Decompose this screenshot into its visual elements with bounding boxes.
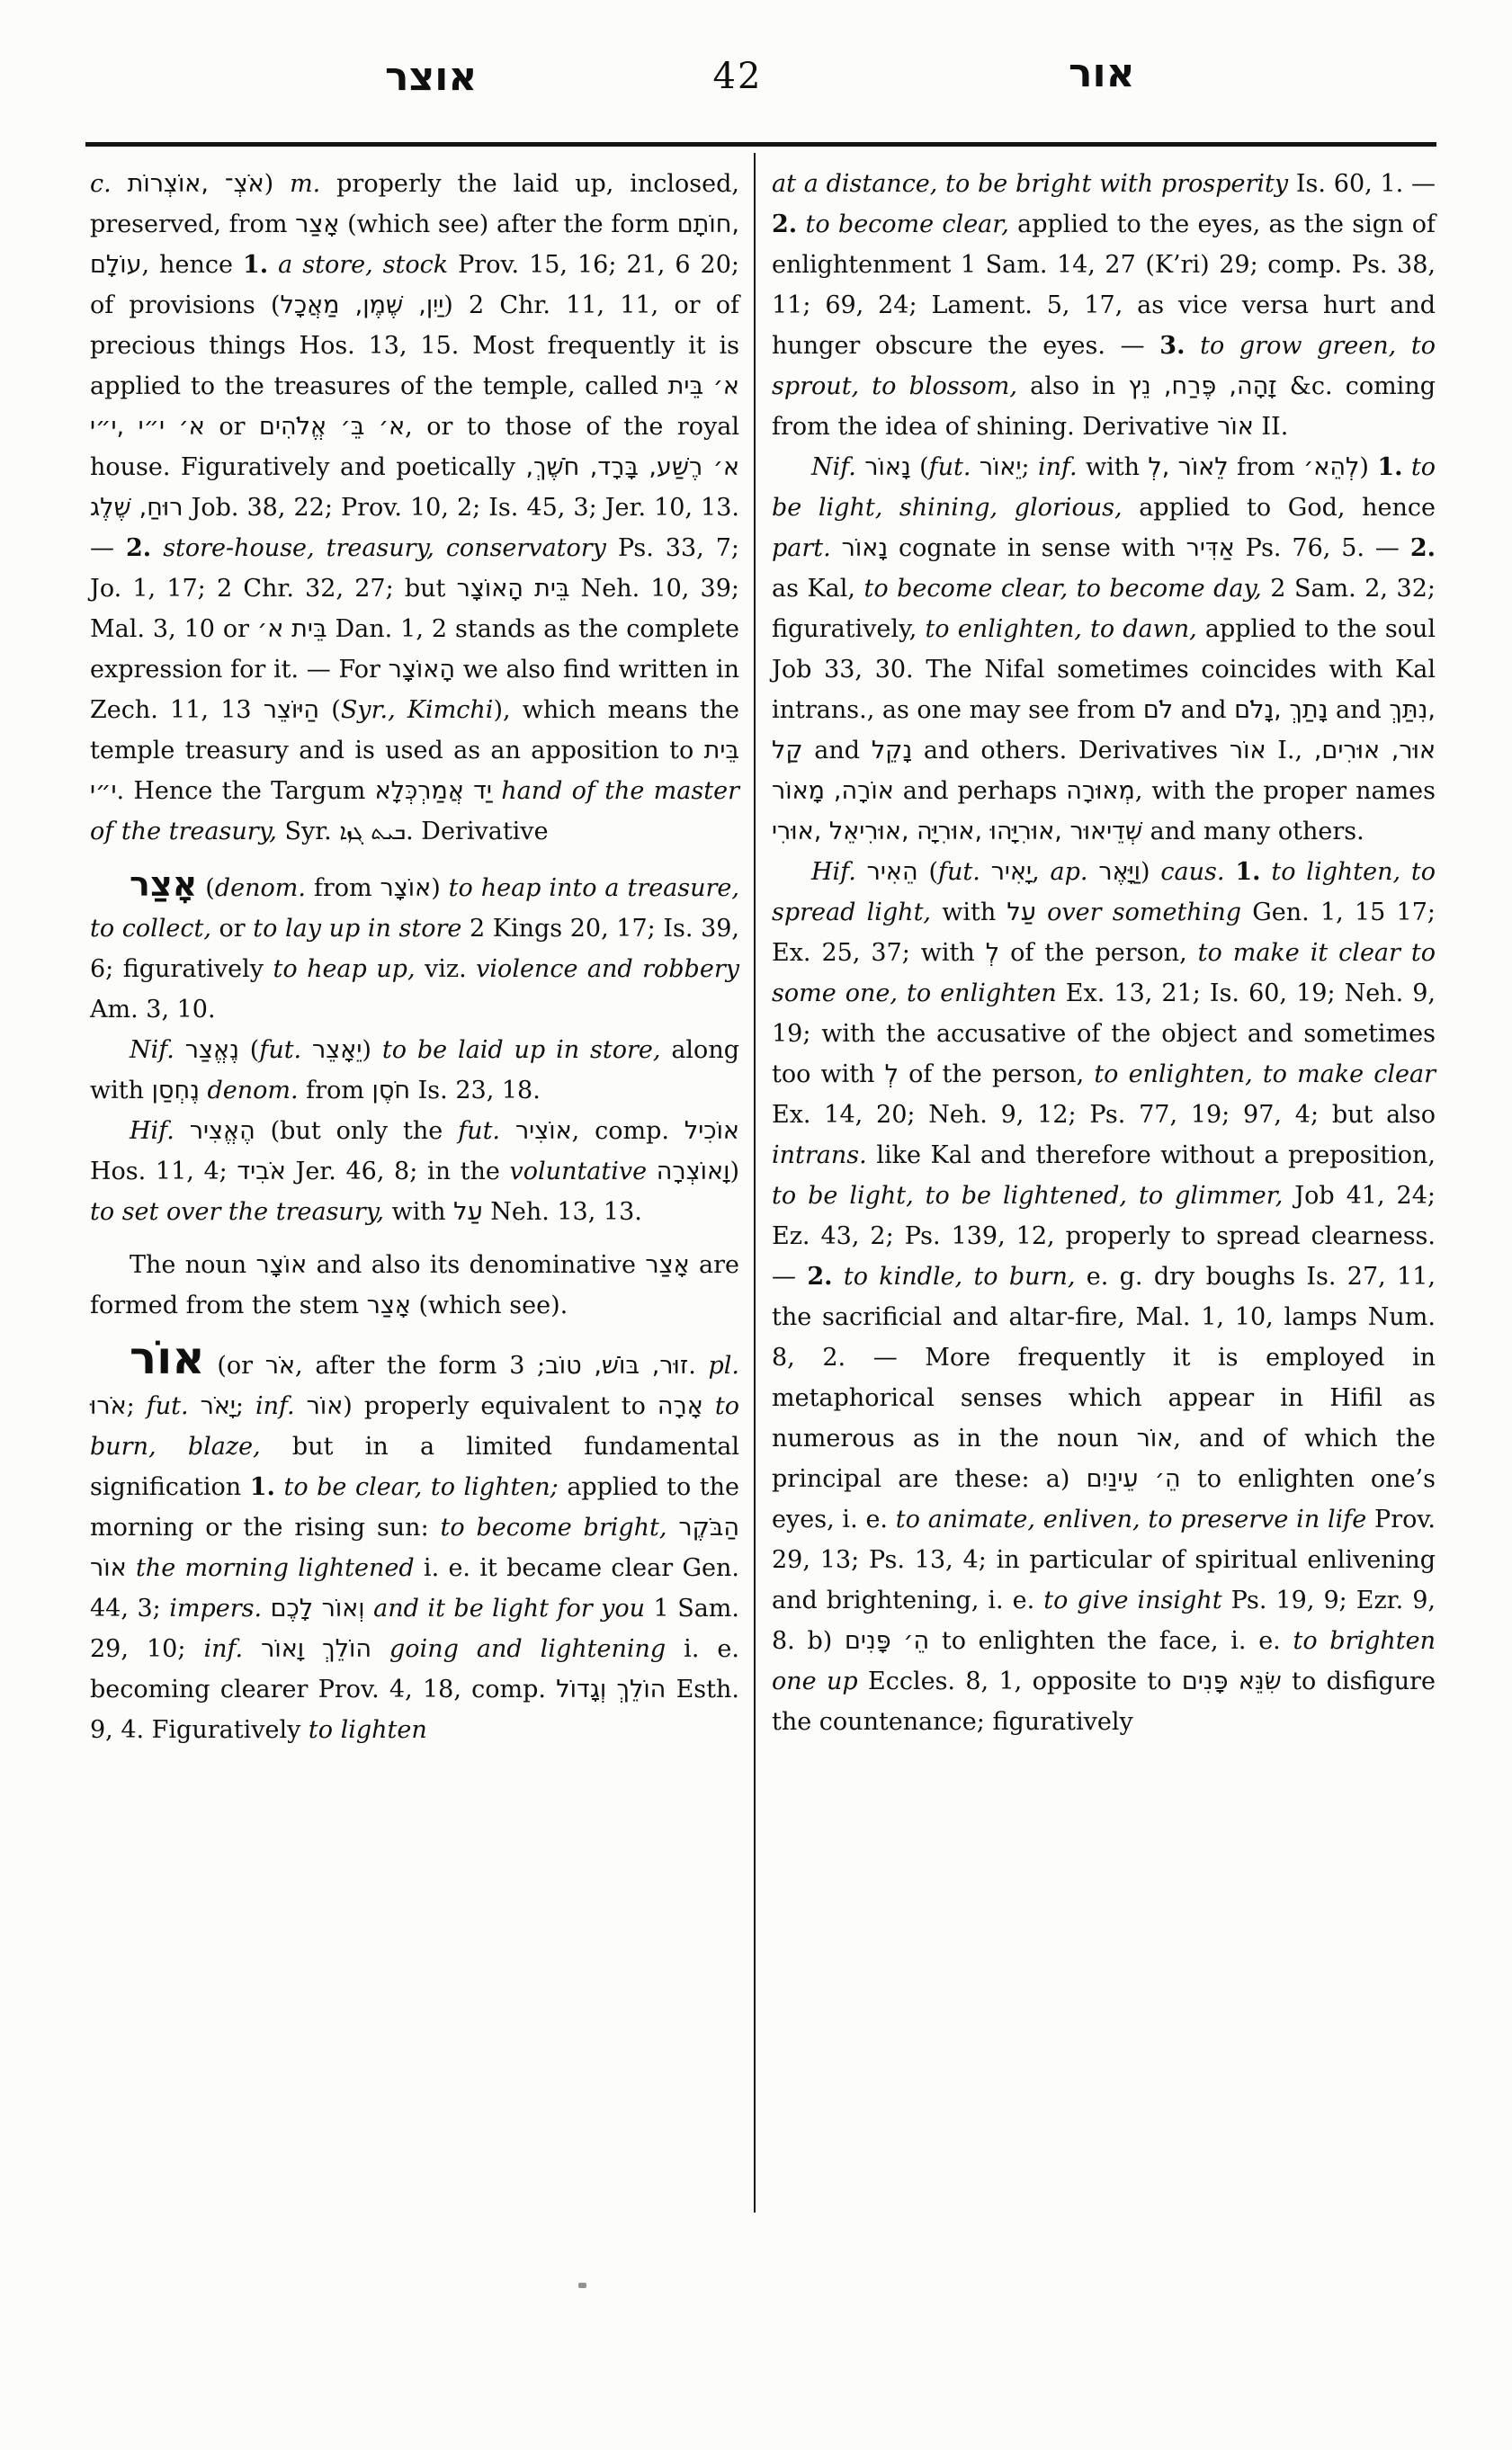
hebrew-text: וָאוֹצְרָה <box>657 1158 730 1185</box>
text-run: ( <box>918 858 938 886</box>
hebrew-text: לֹם <box>1143 696 1173 724</box>
hebrew-text: יֵאָצֵר <box>312 1036 362 1064</box>
text-run <box>151 534 163 562</box>
text-run: 2. <box>126 534 151 562</box>
text-run <box>295 1392 307 1420</box>
entry-or-nifal-paragraph: Nif. נָאוֹר (fut. יֵאוֹר; inf. with לְ‎,… <box>772 447 1436 852</box>
column-divider-rule <box>754 153 756 2213</box>
text-run: like Kal and therefore without a preposi… <box>867 1141 1436 1169</box>
text-run: Kimchi <box>407 696 494 724</box>
text-run: to be light, to be lightened, to glimmer… <box>772 1182 1283 1210</box>
text-run: 1. <box>243 251 268 279</box>
text-run: pl. <box>709 1352 740 1380</box>
text-run: caus. <box>1160 858 1224 886</box>
text-run <box>1224 858 1235 886</box>
hebrew-text: שִׂנֵּא פָּנִים <box>1182 1668 1282 1695</box>
text-run: . Derivative <box>406 818 548 845</box>
text-run: at a distance, to be bright with prosper… <box>772 170 1288 198</box>
text-run: 2. <box>1410 534 1436 562</box>
text-run: 1. <box>250 1473 275 1501</box>
hebrew-text: אוֹצָר <box>380 874 432 902</box>
text-run: 2. <box>807 1263 832 1291</box>
text-run: to be laid up in store, <box>382 1036 661 1064</box>
text-run: of the person, <box>899 1060 1094 1088</box>
text-run: fut. <box>458 1117 500 1145</box>
hebrew-text: בֵּית א׳ <box>257 615 327 643</box>
text-run: ( <box>319 696 341 724</box>
scan-artifact-mark <box>578 2283 586 2288</box>
entry-atsar-paragraph: אָצַר (denom. from אוֹצָר) to heap into … <box>90 864 739 1030</box>
text-run: intrans. <box>772 1141 867 1169</box>
text-run <box>667 1514 678 1542</box>
text-run: to set over the treasury, <box>90 1198 384 1226</box>
text-run <box>492 777 501 805</box>
text-run: (but only the <box>255 1117 458 1145</box>
text-run: , after the form <box>295 1352 509 1380</box>
text-run: ) <box>1141 858 1160 886</box>
text-run: applied to God, hence <box>1123 494 1436 522</box>
text-run: II. <box>1254 413 1289 441</box>
text-run: as Kal, <box>772 575 863 603</box>
text-run: inf. <box>255 1392 295 1420</box>
text-run <box>1403 453 1411 481</box>
hebrew-text: נָקֵל <box>872 737 912 765</box>
text-run: c. <box>90 170 128 198</box>
text-run: with <box>1078 453 1149 481</box>
text-run: (which see). <box>411 1292 568 1319</box>
text-run: Eccles. 8, 1, opposite to <box>858 1668 1182 1695</box>
text-run: fut. <box>259 1036 301 1064</box>
text-run: ) <box>1359 453 1377 481</box>
text-run: Ps. 76, 5. — <box>1235 534 1410 562</box>
text-run: of the person, <box>999 939 1198 967</box>
text-run <box>262 1595 271 1623</box>
text-run <box>268 251 278 279</box>
hebrew-text: הוֹלֵךְ וְגָדוֹל <box>556 1676 666 1703</box>
hebrew-text: אָצַר <box>367 1292 411 1319</box>
entry-or-hifil-paragraph: Hif. הֵאִיר (fut. יָאִיר, ap. וַיָּאֶר) … <box>772 852 1436 1742</box>
text-run: (which see) after the form <box>339 210 676 238</box>
text-run: The noun <box>130 1251 256 1279</box>
hebrew-text: אֹר <box>265 1352 295 1380</box>
hebrew-text: אָצַר <box>295 210 339 238</box>
hebrew-text: אַדִּיר <box>1186 534 1235 562</box>
text-run: Is. 23, 18. <box>410 1077 541 1104</box>
hebrew-text: אָצַר <box>645 1251 689 1279</box>
text-run: from <box>299 1077 372 1104</box>
text-run: viz. <box>416 955 477 983</box>
hebrew-text: נֶאֱצַר <box>185 1036 239 1064</box>
text-run: Hif. <box>811 858 867 886</box>
text-run: and also its denominative <box>307 1251 645 1279</box>
hebrew-text: אוֹצִיר <box>515 1117 572 1145</box>
hebrew-text: אוֹר <box>1230 737 1266 765</box>
entry-or-headword-paragraph: אוֹר (or אֹר, after the form זוּר, בּוֹש… <box>90 1338 739 1750</box>
hebrew-text: זוּר, בּוֹשׁ, טוֹב <box>545 1352 688 1380</box>
text-run: to lighten <box>309 1716 427 1744</box>
hebrew-text: יַד אֲמַרְכְּלָא <box>375 777 492 805</box>
text-run <box>971 453 979 481</box>
hebrew-text: יָאִיר <box>991 858 1032 886</box>
text-run <box>1261 858 1272 886</box>
text-run: . Hence the Targum <box>116 777 374 805</box>
hebrew-text: נֶחְסַן <box>152 1077 200 1104</box>
hebrew-text: בֵּית הָאוֹצָר <box>457 575 570 603</box>
hebrew-text: מְאוּרָה <box>1066 777 1135 805</box>
text-run <box>980 858 991 886</box>
hebrew-text: אֹבִיד <box>237 1158 285 1185</box>
hebrew-text: הָאוֹצָר <box>389 656 455 684</box>
left-column: c. אוֹצְרוֹת‎, אֹצְ־) m. properly the la… <box>90 164 739 1750</box>
entry-or-continuation-paragraph: at a distance, to be bright with prosper… <box>772 164 1436 447</box>
text-run: Jer. 46, 8; in the <box>286 1158 510 1185</box>
hebrew-text: יָאֹר <box>201 1392 236 1420</box>
text-run: ) <box>431 874 448 902</box>
text-run <box>189 1392 201 1420</box>
text-run: from <box>306 874 380 902</box>
hebrew-text: הַיּוֹצֵר <box>264 696 319 724</box>
text-run: , with the proper names <box>1135 777 1436 805</box>
text-run <box>797 210 805 238</box>
text-run <box>1185 332 1200 360</box>
text-run: and perhaps <box>894 777 1066 805</box>
text-run: , hence <box>142 251 243 279</box>
text-run: part. <box>772 534 831 562</box>
running-head: אוצר 42 אור <box>0 47 1512 110</box>
text-run: to lay up in store <box>253 915 461 943</box>
text-run <box>371 1635 389 1663</box>
text-run <box>243 1635 261 1663</box>
text-run: the morning lightened <box>136 1554 415 1582</box>
text-run: ; <box>1022 453 1038 481</box>
hebrew-text: הֵ׳ פָּנִים <box>845 1627 929 1655</box>
text-run: to become clear, to become day, <box>863 575 1261 603</box>
text-run: ap. <box>1051 858 1088 886</box>
hebrew-text: הֵאִיר <box>867 858 918 886</box>
text-run: inf. <box>1038 453 1078 481</box>
text-run: over something <box>1047 899 1241 926</box>
text-run: Nif. <box>811 453 864 481</box>
text-run: Is. 60, 1. — <box>1288 170 1436 198</box>
text-run: and others. Derivatives <box>912 737 1230 765</box>
text-run: ; <box>236 1392 255 1420</box>
text-run: with <box>384 1198 453 1226</box>
text-run: Ex. 14, 20; Neh. 9, 12; Ps. 77, 19; 97, … <box>772 1101 1436 1129</box>
text-run: and many others. <box>1142 818 1364 845</box>
right-column: at a distance, to be bright with prosper… <box>772 164 1436 1742</box>
text-run: and <box>803 737 872 765</box>
text-run <box>365 1595 374 1623</box>
hebrew-text: לְ <box>986 939 999 967</box>
hebrew-text: לְ <box>885 1060 899 1088</box>
text-run: to enlighten the face, i. e. <box>929 1627 1293 1655</box>
text-run: ( <box>239 1036 259 1064</box>
text-run: fut. <box>929 453 971 481</box>
hebrew-text: יֵאוֹר <box>980 453 1022 481</box>
text-run: I., <box>1266 737 1314 765</box>
text-run: and it be light for you <box>373 1595 645 1623</box>
text-run: and <box>1173 696 1234 724</box>
page-number: 42 <box>702 56 774 97</box>
text-run: ) properly equivalent to <box>343 1392 658 1420</box>
hebrew-text: אָצַר <box>130 864 197 904</box>
text-run: ( <box>911 453 929 481</box>
text-run: denom. <box>208 1077 299 1104</box>
hebrew-text: יַיִן, שֶׁמֶן, מַאֲכָל <box>280 291 443 319</box>
text-run: cognate in sense with <box>888 534 1186 562</box>
text-run <box>833 1263 844 1291</box>
text-run: from <box>1229 453 1303 481</box>
hebrew-text: אוֹר <box>130 1332 205 1384</box>
text-run: voluntative <box>510 1158 648 1185</box>
text-run <box>500 1117 515 1145</box>
hebrew-text: לְ‎, לֵאוֹר <box>1148 453 1228 481</box>
text-run: violence and robbery <box>476 955 739 983</box>
text-run: to become bright, <box>441 1514 667 1542</box>
hebrew-text: עַל <box>1007 899 1036 926</box>
text-run <box>831 534 842 562</box>
text-run: store-house, treasury, conservatory <box>163 534 606 562</box>
text-run: fut. <box>938 858 980 886</box>
hebrew-text: אוֹכִיל <box>684 1117 739 1145</box>
hebrew-text: זָהָה, פֶּרַח, נֵץ <box>1128 372 1276 400</box>
hebrew-text: נָלֹם‎, נָתַךְ <box>1234 696 1328 724</box>
text-run: and <box>1328 696 1389 724</box>
hebrew-text: חֹסֶן <box>372 1077 411 1104</box>
entry-atsar-nifal-paragraph: Nif. נֶאֱצַר (fut. יֵאָצֵר) to be laid u… <box>90 1030 739 1111</box>
text-run: Syr. <box>277 818 339 845</box>
hebrew-text: אֹרוּ <box>90 1392 127 1420</box>
hebrew-text: הֵ׳ עֵינַיִם <box>1087 1465 1181 1493</box>
text-run: m. <box>290 170 320 198</box>
text-run: 3. <box>1159 332 1185 360</box>
text-run: (or <box>205 1352 265 1380</box>
text-run: 1. <box>1235 858 1260 886</box>
text-run: ( <box>197 874 214 902</box>
text-run <box>647 1158 657 1185</box>
hebrew-text: וְאוֹר לָכֶם <box>271 1595 365 1623</box>
text-run: going and lightening <box>389 1635 666 1663</box>
hebrew-text: אוֹר <box>1217 413 1254 441</box>
hebrew-text: הוֹלֵךְ וָאוֹר <box>261 1635 371 1663</box>
hebrew-text: עַל <box>453 1198 483 1226</box>
text-run: Neh. 13, 13. <box>483 1198 642 1226</box>
text-run: Hos. 11, 4; <box>90 1158 237 1185</box>
text-run: to enlighten, to dawn, <box>925 615 1196 643</box>
text-run: to preserve in life <box>1148 1506 1366 1533</box>
text-run <box>703 1392 715 1420</box>
text-run: to enlighten, to make clear <box>1094 1060 1436 1088</box>
text-run: or <box>205 413 259 441</box>
text-run: to animate, enliven, <box>896 1506 1141 1533</box>
text-run: , <box>1032 858 1050 886</box>
text-run: ; <box>127 1392 147 1420</box>
text-run: a store, stock <box>278 251 448 279</box>
text-run: Syr., <box>341 696 396 724</box>
text-run: with <box>931 899 1007 926</box>
text-run: 1. <box>1377 453 1402 481</box>
text-run <box>200 1077 208 1104</box>
text-run: or <box>211 915 253 943</box>
running-head-left-word: אוצר <box>385 54 477 100</box>
text-run: , comp. <box>572 1117 684 1145</box>
text-run: Am. 3, 10. <box>90 996 216 1024</box>
running-head-right-word: אור <box>1069 50 1135 96</box>
hebrew-text: אוּרִי‎, אוּרִיאֵל‎, אוּרִיָּה‎, אוּרִיָ… <box>772 818 1142 845</box>
header-rule <box>85 142 1436 147</box>
text-run <box>396 696 407 724</box>
hebrew-text: אָרָה <box>658 1392 703 1420</box>
text-run: Nif. <box>130 1036 185 1064</box>
text-run <box>301 1036 312 1064</box>
entry-atsar-note-paragraph: The noun אוֹצָר and also its denominativ… <box>90 1245 739 1326</box>
text-run: ) <box>729 1158 739 1185</box>
text-run: denom. <box>215 874 306 902</box>
entry-atsar-hifil-paragraph: Hif. הֶאֱצִיר (but only the fut. אוֹצִיר… <box>90 1111 739 1232</box>
hebrew-text: א׳ בֵּ׳ אֱלֹהִים <box>259 413 405 441</box>
text-run: also in <box>1017 372 1128 400</box>
text-run: fut. <box>147 1392 189 1420</box>
text-run <box>1087 858 1098 886</box>
hebrew-text: הֶאֱצִיר <box>190 1117 255 1145</box>
hebrew-text: נָאוֹר <box>864 453 910 481</box>
text-run: to heap up, <box>273 955 416 983</box>
text-run <box>1036 899 1047 926</box>
hebrew-text: וַיָּאֶר <box>1098 858 1141 886</box>
text-run: impers. <box>169 1595 262 1623</box>
text-run <box>127 1554 136 1582</box>
hebrew-text: לְהֵא׳ <box>1303 453 1359 481</box>
text-run: ) <box>362 1036 381 1064</box>
hebrew-text: אוֹצְרוֹת‎, אֹצְ־ <box>128 170 264 198</box>
text-run: Hif. <box>130 1117 190 1145</box>
text-run: to become clear, <box>806 210 1009 238</box>
syriac-text: ܒܝܬ ܓܙܐ <box>339 818 406 845</box>
text-run: 2. <box>772 210 797 238</box>
text-run: to give insight <box>1043 1587 1221 1614</box>
hebrew-text: אוֹר <box>307 1392 344 1420</box>
text-run: ) <box>264 170 290 198</box>
hebrew-text: נָאוֹר <box>842 534 888 562</box>
entry-otsar-continuation-paragraph: c. אוֹצְרוֹת‎, אֹצְ־) m. properly the la… <box>90 164 739 852</box>
text-run: inf. <box>203 1635 243 1663</box>
text-run: to kindle, to burn, <box>844 1263 1076 1291</box>
text-run: to be clear, to lighten; <box>283 1473 558 1501</box>
lexicon-page: אוצר 42 אור c. אוֹצְרוֹת‎, אֹצְ־) m. pro… <box>0 0 1512 2450</box>
hebrew-text: אוֹר <box>1137 1425 1174 1453</box>
hebrew-text: אוֹצָר <box>256 1251 308 1279</box>
